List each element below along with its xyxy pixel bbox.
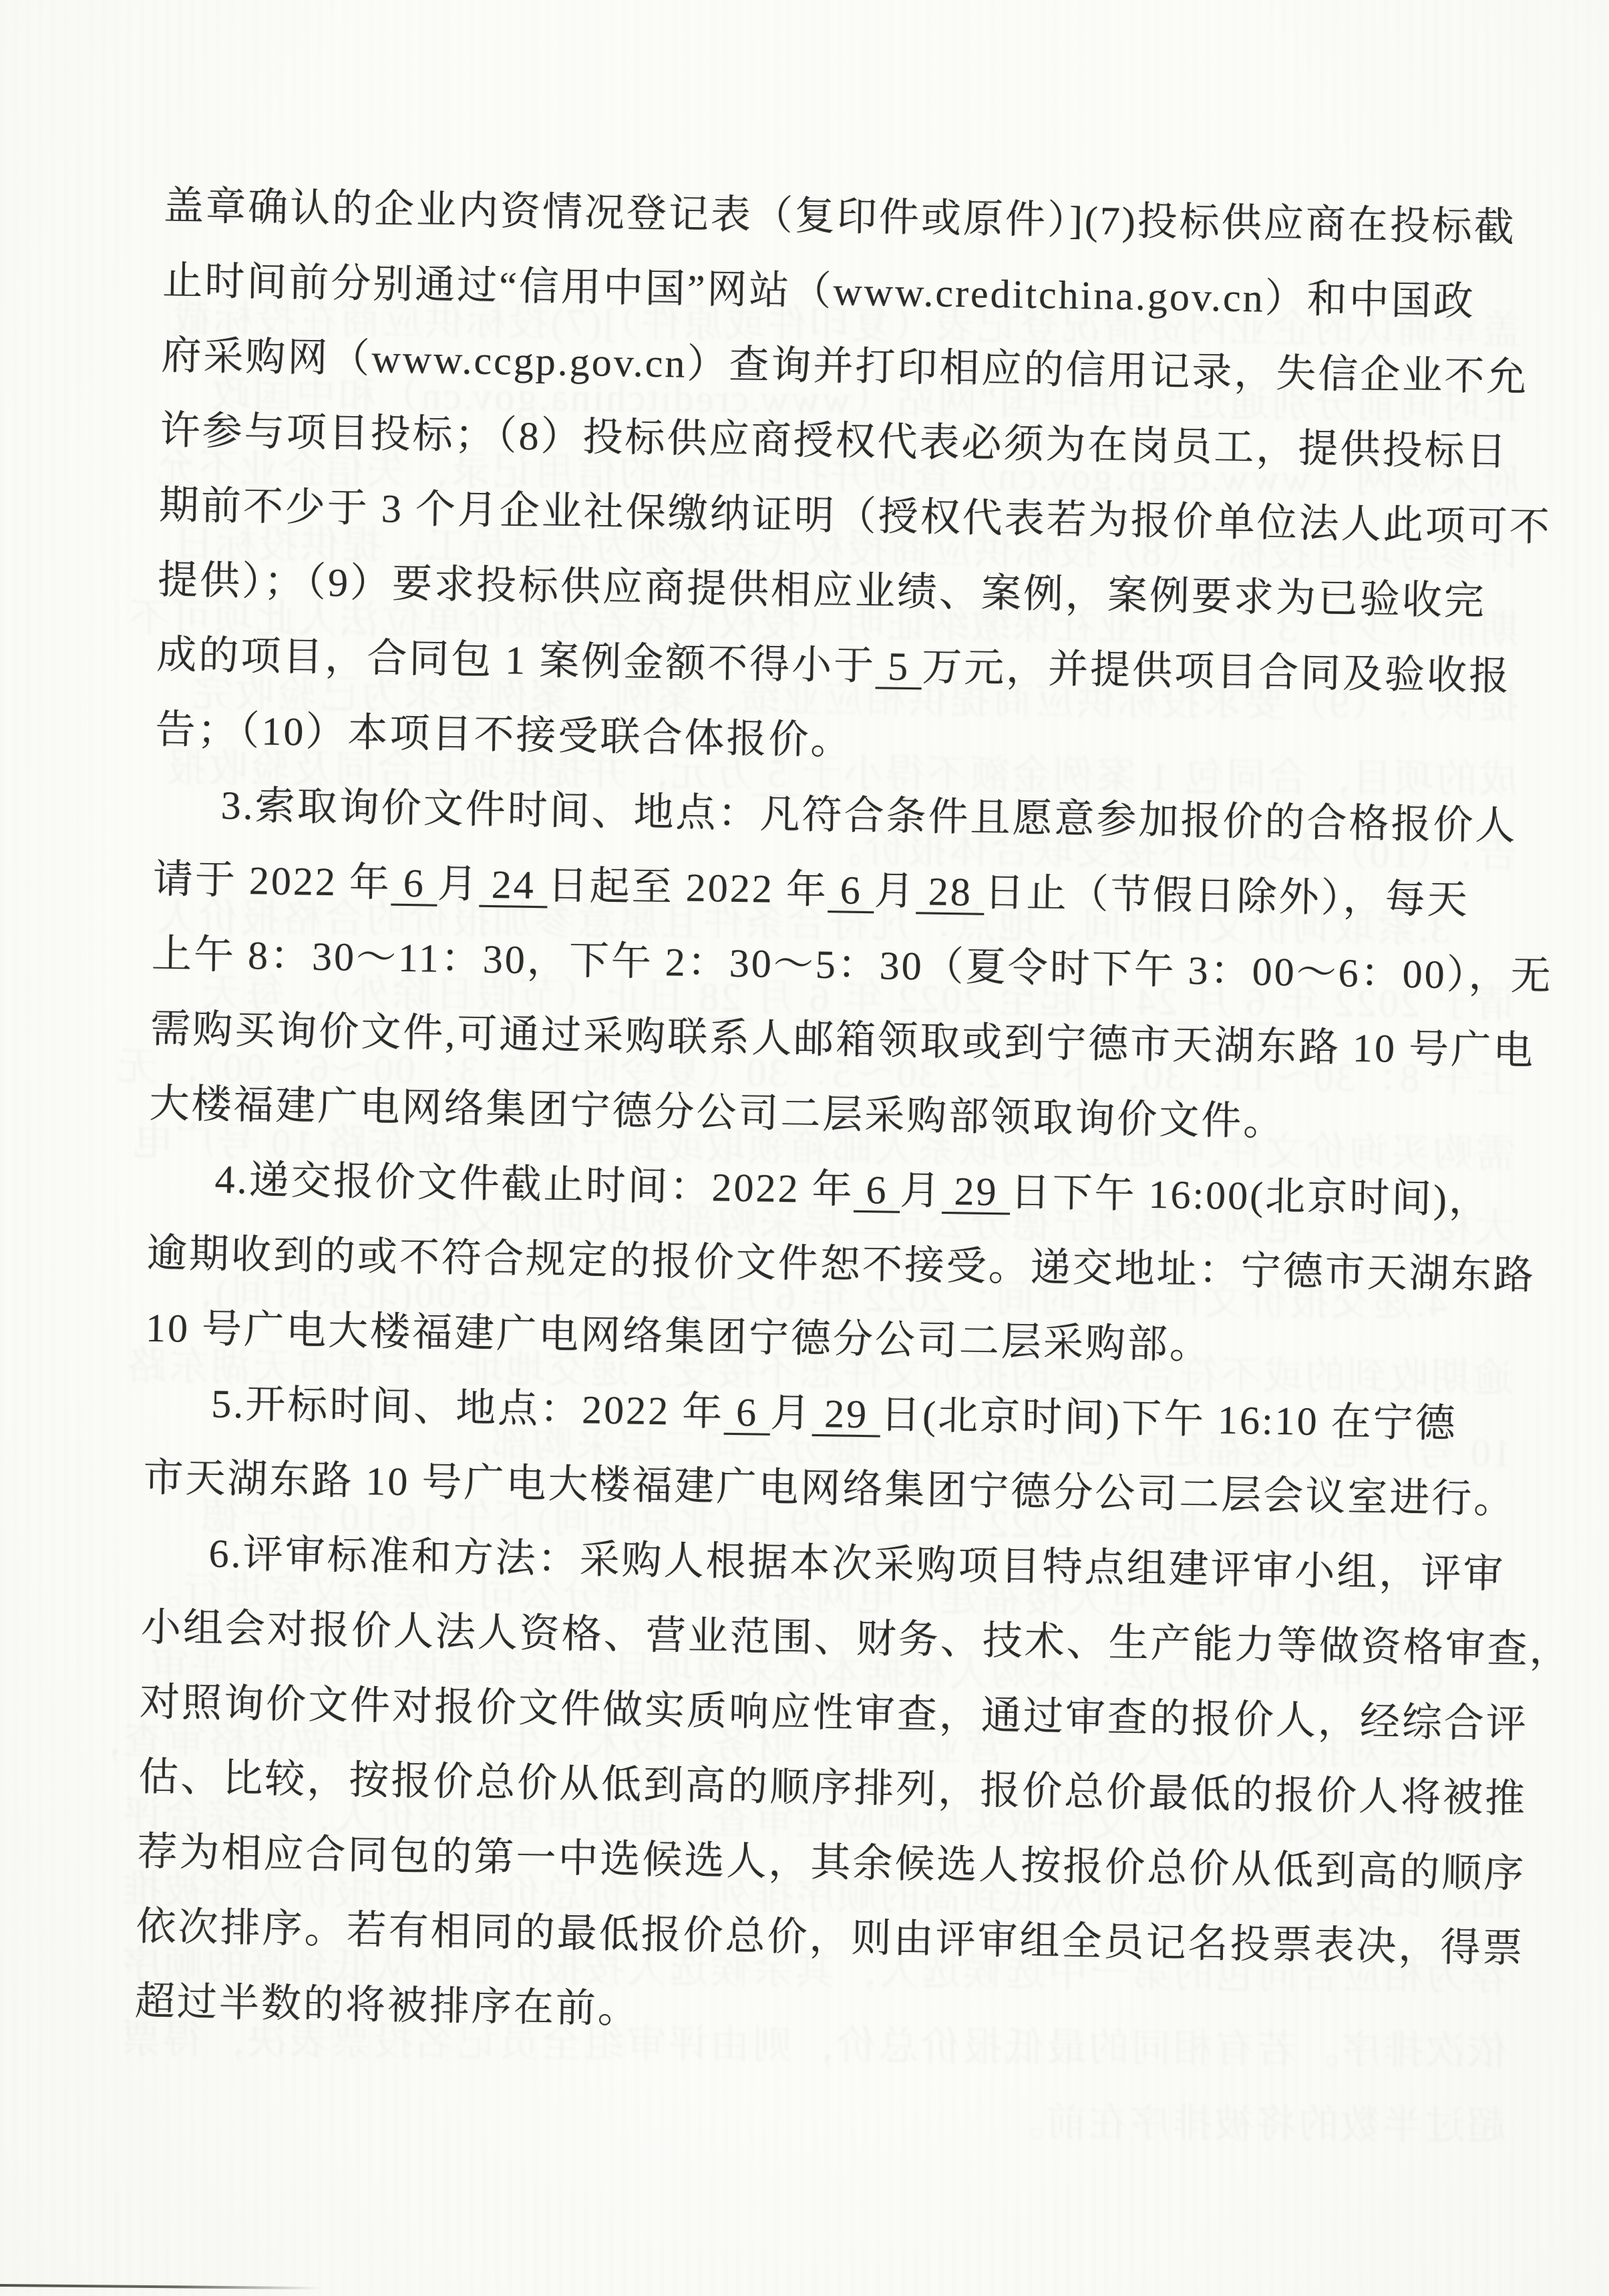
text-segment: 提供）；（9）要求投标供应商提供相应业绩、案例，案例要求为已验收完 bbox=[158, 558, 1487, 623]
text-segment: 日止（节假日除外），每天 bbox=[984, 870, 1469, 923]
underlined-blank-value: 24 bbox=[479, 862, 548, 908]
underlined-blank-value: 6 bbox=[391, 861, 437, 906]
text-segment: 成的项目，合同包 1 案例金额不得小于 bbox=[156, 633, 876, 688]
text-segment: 估、比较，按报价总价从低到高的顺序排列，报价总价最低的报价人将被推 bbox=[138, 1755, 1528, 1821]
text-segment: 日起至 2022 年 bbox=[547, 863, 828, 912]
text-segment: 日(北京时间)下午 16:10 在宁德 bbox=[880, 1392, 1458, 1446]
text-segment: 月 bbox=[437, 862, 480, 907]
underlined-blank-value: 6 bbox=[828, 868, 874, 913]
text-segment: 府采购网（www.ccgp.gov.cn）查询并打印相应的信用记录，失信企业不允 bbox=[161, 333, 1529, 399]
underlined-blank-value: 28 bbox=[916, 869, 985, 915]
text-segment: 盖章确认的企业内资情况登记表（复印件或原件）](7)投标供应商在投标截 bbox=[164, 184, 1517, 250]
text-segment: 依次排序。若有相同的最低报价总价，则由评审组全员记名投票表决，得票 bbox=[136, 1905, 1525, 1971]
text-segment: 期前不少于 3 个月企业社保缴纳证明（授权代表若为报价单位法人此项可不 bbox=[158, 483, 1552, 549]
text-segment: 4.递交报价文件截止时间：2022 年 bbox=[214, 1157, 854, 1211]
text-segment: 对照询价文件对报价文件做实质响应性审查，通过审查的报价人，经综合评 bbox=[140, 1680, 1529, 1746]
text-segment: 3.索取询价文件时间、地点：凡符合条件且愿意参加报价的合格报价人 bbox=[220, 783, 1517, 848]
text-segment: 万元，并提供项目合同及验收报 bbox=[922, 645, 1511, 698]
text-segment: 许参与项目投标；（8）投标供应商授权代表必须为在岗员工，提供投标日 bbox=[160, 408, 1509, 474]
scan-edge-artifact bbox=[0, 2284, 321, 2289]
underlined-blank-value: 6 bbox=[724, 1390, 771, 1435]
text-segment: 止时间前分别通过“信用中国”网站（www.creditchina.gov.cn）… bbox=[162, 259, 1475, 324]
text-segment: 5.开标时间、地点：2022 年 bbox=[211, 1381, 725, 1434]
underlined-blank-value: 29 bbox=[942, 1169, 1011, 1214]
text-segment: 告；（10）本项目不接受联合体报价。 bbox=[155, 707, 853, 763]
underlined-blank-value: 5 bbox=[876, 644, 922, 689]
text-segment: 月 bbox=[770, 1391, 813, 1436]
scanned-document-page: 盖章确认的企业内资情况登记表（复印件或原件）](7)投标供应商在投标截止时间前分… bbox=[0, 0, 1609, 2296]
document-text: 盖章确认的企业内资情况登记表（复印件或原件）](7)投标供应商在投标截止时间前分… bbox=[134, 168, 1574, 2062]
text-segment: 需购买询价文件,可通过采购联系人邮箱领取或到宁德市天湖东路 10 号广电 bbox=[150, 1007, 1536, 1073]
underlined-blank-value: 6 bbox=[854, 1168, 900, 1212]
text-segment: 日下午 16:00(北京时间)， bbox=[1010, 1170, 1491, 1222]
text-segment: 小组会对报价人法人资格、营业范围、财务、技术、生产能力等做资格审查， bbox=[140, 1605, 1572, 1672]
text-segment: 超过半数的将被排序在前。 bbox=[134, 1979, 640, 2031]
text-segment: 逾期收到的或不符合规定的报价文件恕不接受。递交地址：宁德市天湖东路 bbox=[146, 1231, 1536, 1297]
text-segment: 荐为相应合同包的第一中选候选人，其余候选人按报价总价从低到高的顺序 bbox=[137, 1830, 1526, 1896]
text-segment: 上午 8：30～11：30，下午 2：30～5：30（夏令时下午 3：00～6：… bbox=[152, 932, 1554, 999]
ghost-line-25: 超过半数的将被排序在前。 bbox=[64, 2076, 1507, 2164]
text-segment: 月 bbox=[874, 868, 916, 913]
text-segment: 大楼福建广电网络集团宁德分公司二层采购部领取询价文件。 bbox=[149, 1082, 1286, 1144]
text-segment: 请于 2022 年 bbox=[152, 857, 391, 905]
text-segment: 市天湖东路 10 号广电大楼福建广电网络集团宁德分公司二层会议室进行。 bbox=[143, 1456, 1516, 1522]
text-segment: 6.评审标准和方法：采购人根据本次采购项目特点组建评审小组，评审 bbox=[208, 1531, 1505, 1596]
text-segment: 超过半数的将被排序在前。 bbox=[1002, 2100, 1507, 2149]
underlined-blank-value: 29 bbox=[812, 1391, 881, 1437]
text-segment: 10 号广电大楼福建广电网络集团宁德分公司二层采购部。 bbox=[146, 1306, 1212, 1367]
text-segment: 月 bbox=[900, 1168, 942, 1213]
